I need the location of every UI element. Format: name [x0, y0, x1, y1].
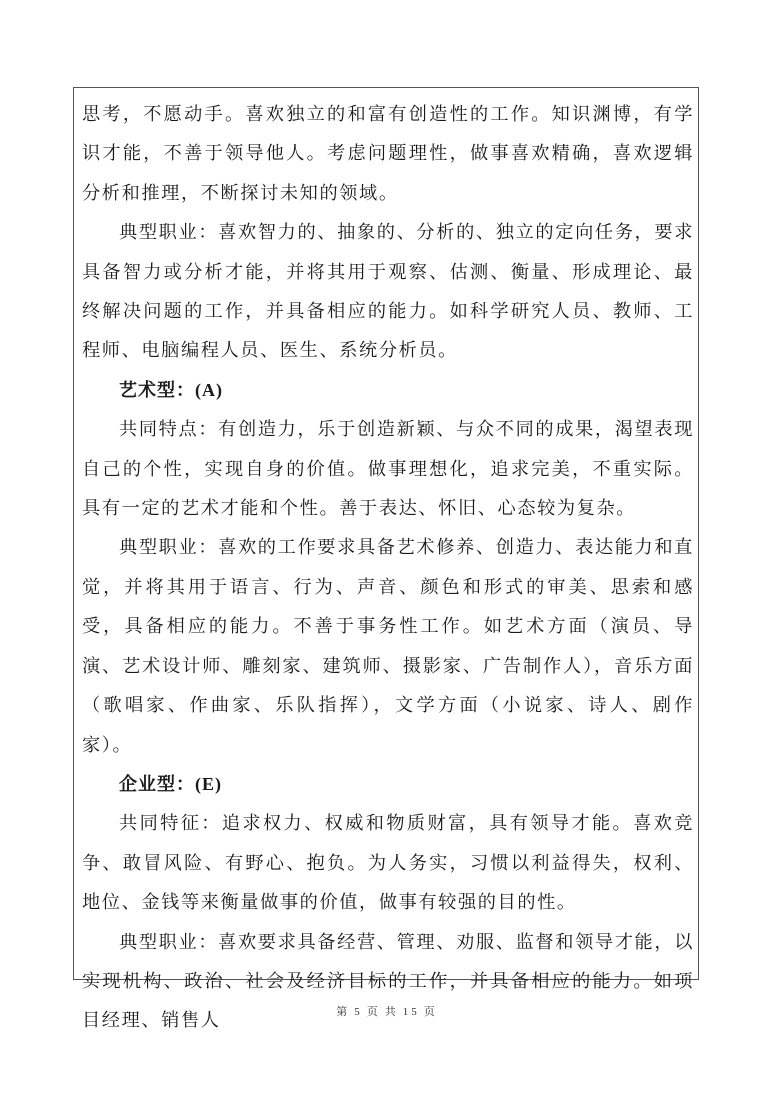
footer-total-word: 共	[385, 1006, 399, 1018]
paragraph-artistic-traits: 共同特点：有创造力，乐于创造新颖、与众不同的成果，渴望表现自己的个性，实现自身的…	[82, 410, 694, 528]
heading-code: (E)	[195, 774, 222, 794]
paragraph-enterprising-typical-jobs: 典型职业：喜欢要求具备经营、管理、劝服、监督和领导才能，以实现机构、政治、社会及…	[82, 923, 694, 1041]
current-page-number: 5	[354, 1006, 363, 1018]
paragraph-investigative-traits-continued: 思考，不愿动手。喜欢独立的和富有创造性的工作。知识渊博，有学识才能，不善于领导他…	[82, 95, 694, 213]
footer-suffix: 页	[424, 1006, 438, 1018]
heading-artistic-type: 艺术型：(A)	[82, 371, 694, 410]
document-content: 思考，不愿动手。喜欢独立的和富有创造性的工作。知识渊博，有学识才能，不善于领导他…	[82, 95, 694, 1041]
heading-label: 艺术型：	[119, 380, 195, 401]
heading-enterprising-type: 企业型：(E)	[82, 765, 694, 804]
paragraph-investigative-typical-jobs: 典型职业：喜欢智力的、抽象的、分析的、独立的定向任务，要求具备智力或分析才能，并…	[82, 213, 694, 371]
document-content-box: 思考，不愿动手。喜欢独立的和富有创造性的工作。知识渊博，有学识才能，不善于领导他…	[73, 87, 699, 980]
page-footer: 第5页共15页	[0, 1003, 774, 1019]
paragraph-enterprising-traits: 共同特征：追求权力、权威和物质财富，具有领导才能。喜欢竞争、敢冒风险、有野心、抱…	[82, 804, 694, 922]
heading-label: 企业型：	[119, 774, 195, 795]
heading-code: (A)	[195, 380, 223, 400]
total-pages-number: 15	[403, 1006, 420, 1018]
footer-prefix: 第	[336, 1006, 350, 1018]
paragraph-artistic-typical-jobs: 典型职业：喜欢的工作要求具备艺术修养、创造力、表达能力和直觉，并将其用于语言、行…	[82, 528, 694, 764]
footer-page-word: 页	[367, 1006, 381, 1018]
